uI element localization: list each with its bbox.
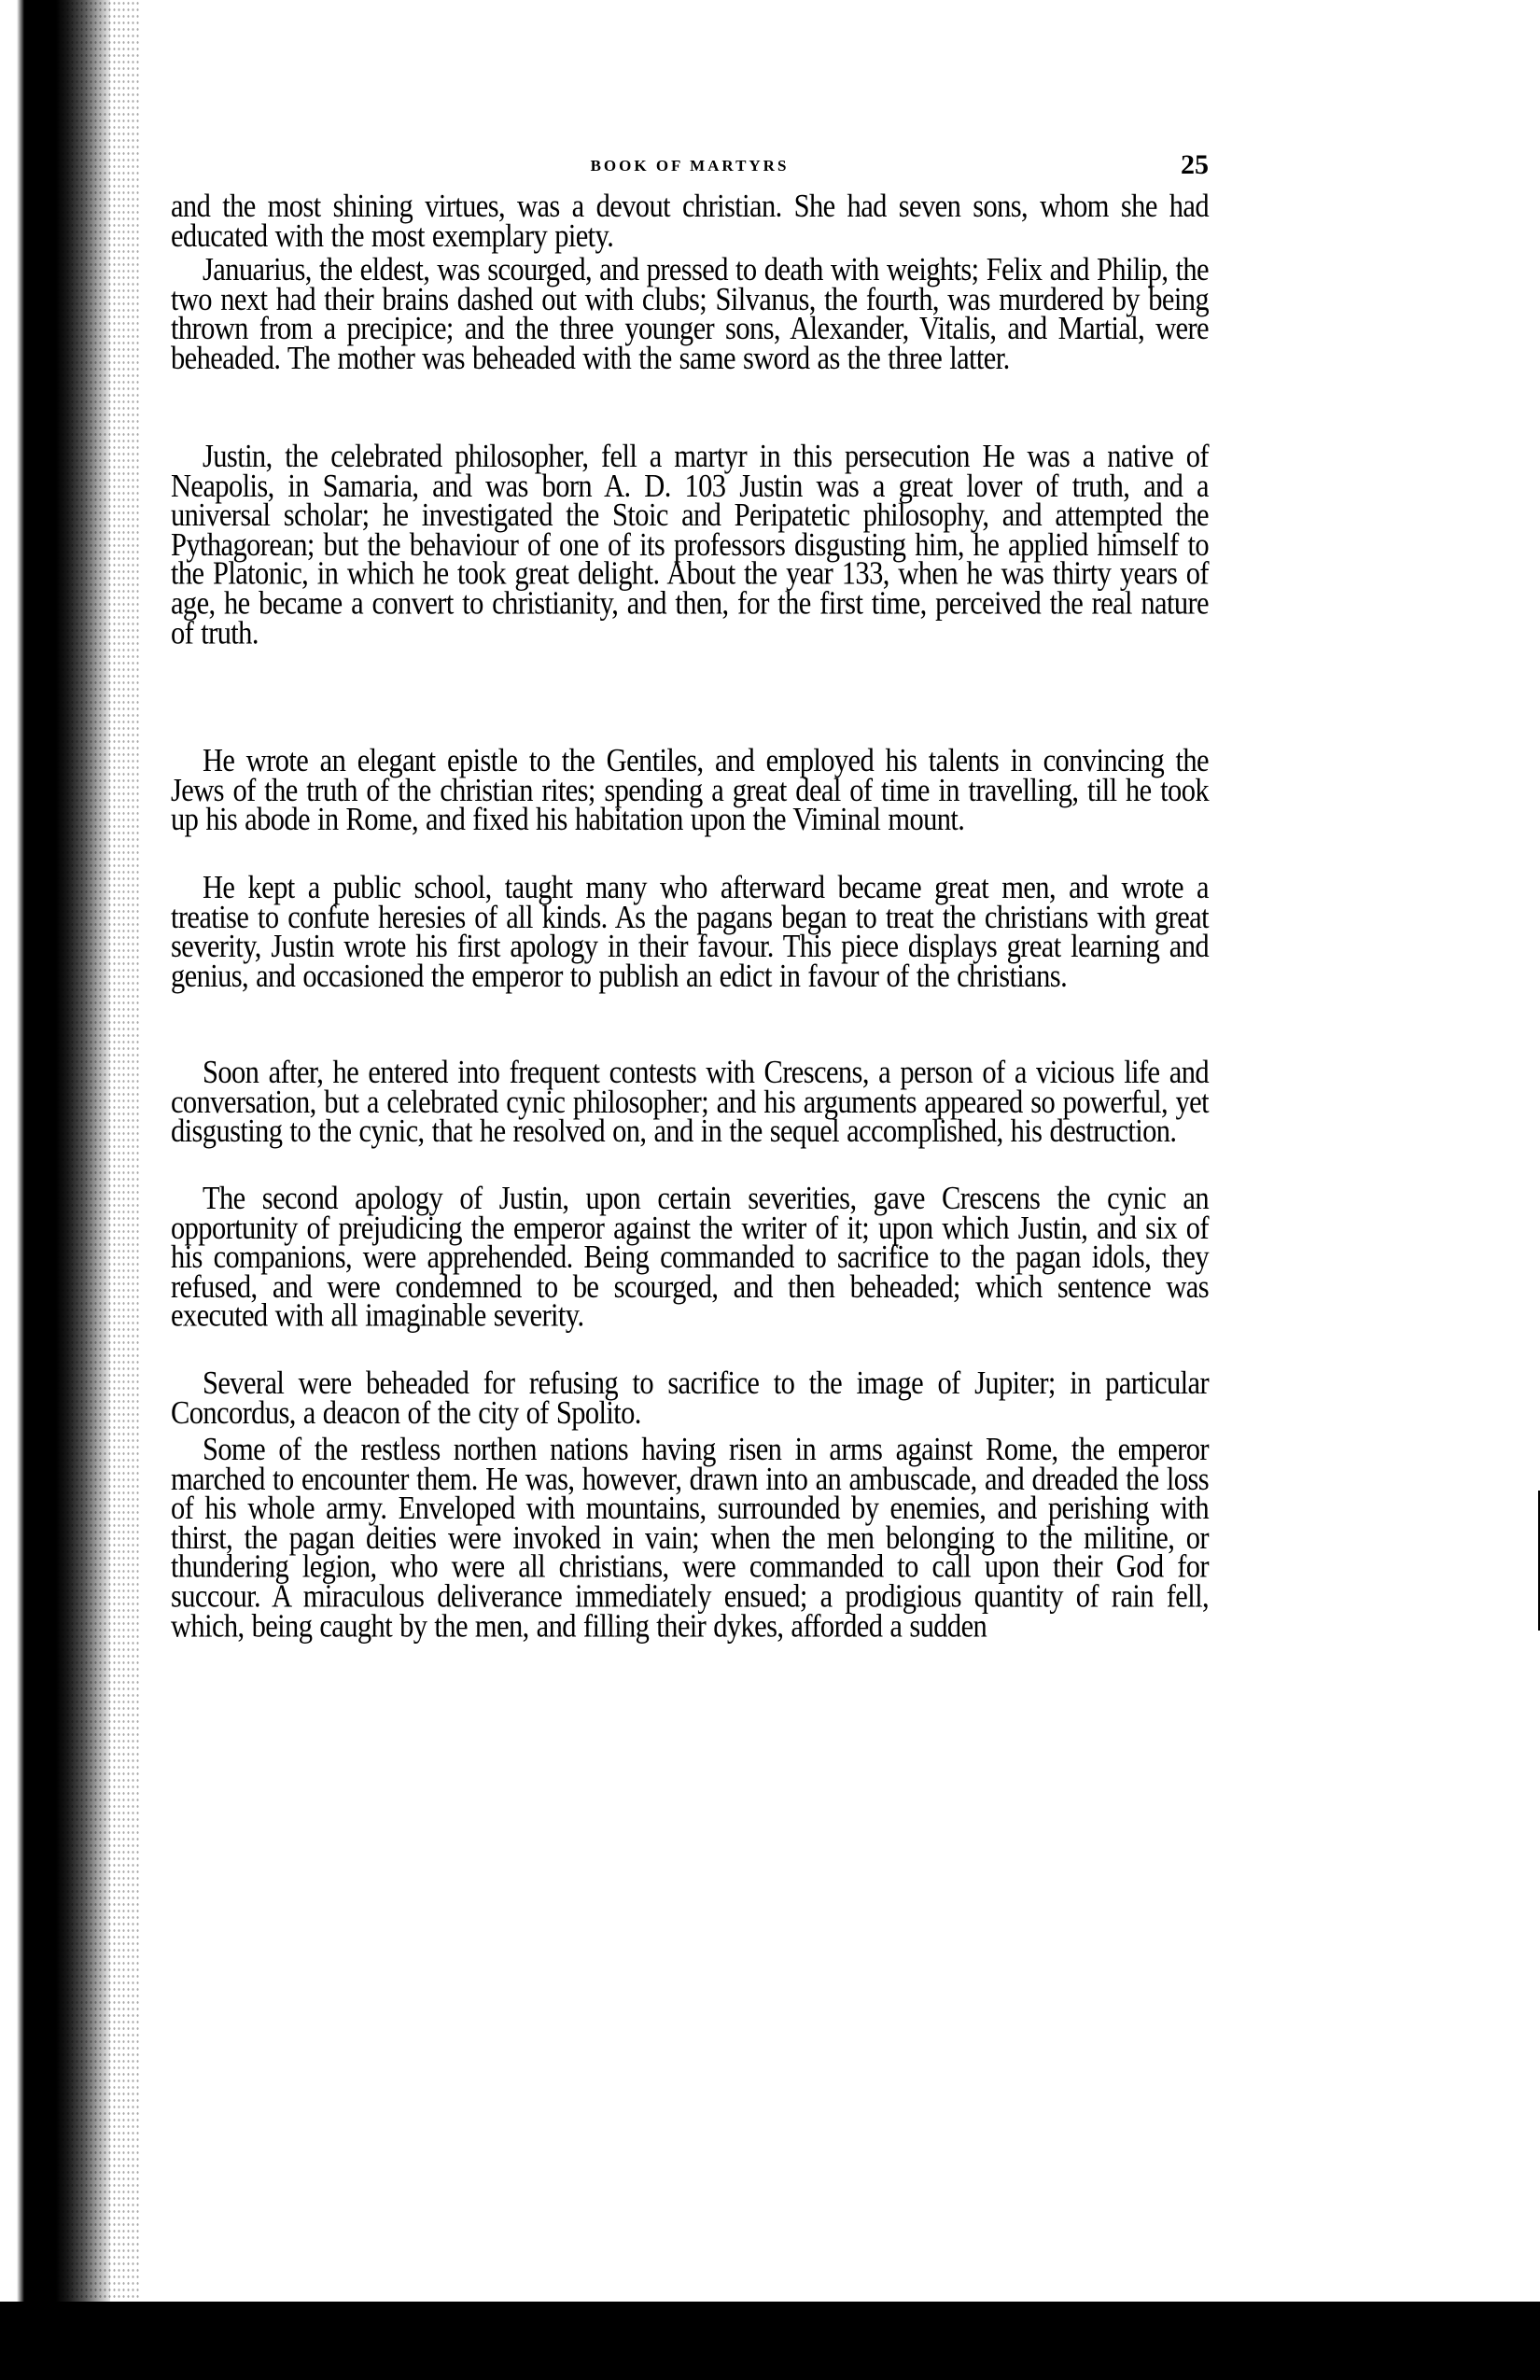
page-number: 25 — [1181, 149, 1209, 181]
paragraph: and the most shining virtues, was a devo… — [171, 192, 1209, 251]
paragraph: Some of the restless northen nations hav… — [171, 1435, 1209, 1641]
paragraph: Justin, the celebrated philosopher, fell… — [171, 442, 1209, 648]
paragraph: Januarius, the eldest, was scourged, and… — [171, 256, 1209, 373]
paragraph: He wrote an elegant epistle to the Genti… — [171, 747, 1209, 834]
paragraph: He kept a public school, taught many who… — [171, 874, 1209, 991]
paragraph: Soon after, he entered into frequent con… — [171, 1058, 1209, 1146]
running-title: BOOK OF MARTYRS — [171, 157, 1209, 175]
running-head: BOOK OF MARTYRS 25 — [171, 149, 1209, 190]
scan-noise — [56, 0, 140, 2305]
paragraph: The second apology of Justin, upon certa… — [171, 1184, 1209, 1331]
book-page: BOOK OF MARTYRS 25 and the most shining … — [171, 149, 1209, 1751]
scan-bottom-border — [0, 2302, 1540, 2380]
body-text: and the most shining virtues, was a devo… — [171, 192, 1209, 1743]
paragraph: Several were beheaded for refusing to sa… — [171, 1369, 1209, 1428]
